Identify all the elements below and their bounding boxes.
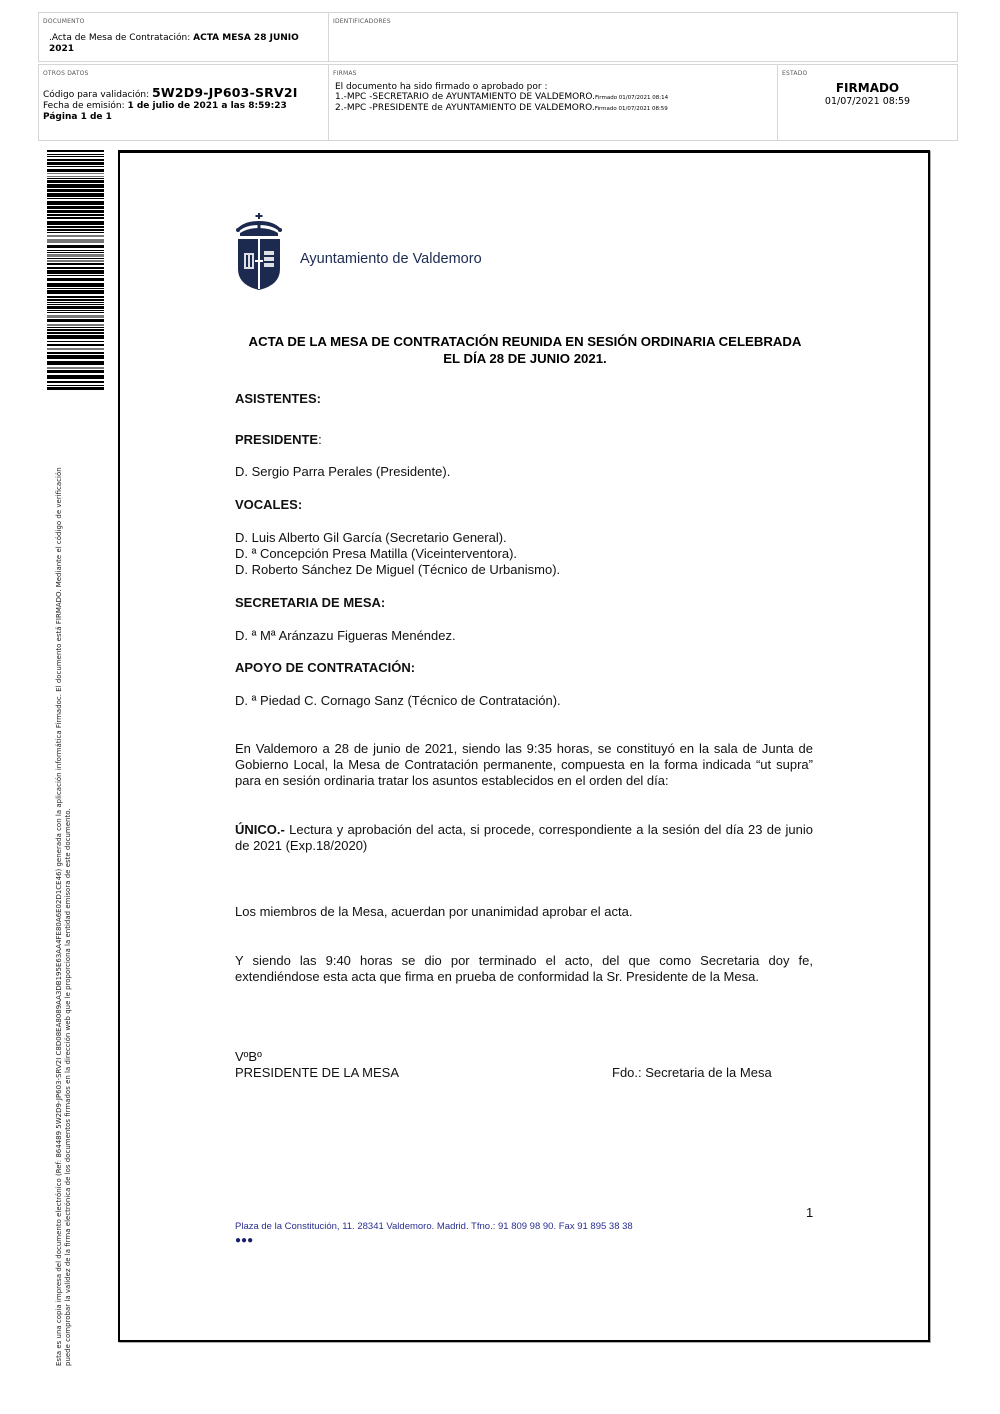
vocal-item: D. ª Concepción Presa Matilla (Viceinter…: [235, 546, 517, 562]
letterhead-name: Ayuntamiento de Valdemoro: [300, 251, 482, 267]
page-count: Página 1 de 1: [43, 112, 112, 122]
presidente-heading: PRESIDENTE:: [235, 432, 322, 448]
verification-notice: Esta es una copia impresa del documento …: [55, 386, 73, 1366]
president-signature-label: PRESIDENTE DE LA MESA: [235, 1065, 399, 1081]
signer-row: 1.-MPC -SECRETARIO de AYUNTAMIENTO DE VA…: [335, 92, 668, 103]
signer-row: 2.-MPC -PRESIDENTE de AYUNTAMIENTO DE VA…: [335, 103, 668, 114]
barcode-icon: [47, 150, 104, 390]
issue-date-row: Fecha de emisión: 1 de julio de 2021 a l…: [43, 101, 298, 112]
presidente-name: D. Sergio Parra Perales (Presidente).: [235, 464, 450, 480]
validation-code-label: Código para validación:: [43, 90, 152, 100]
vobo-label: VºBº: [235, 1049, 262, 1065]
unico-label: ÚNICO.-: [235, 822, 285, 837]
presidente-heading-colon: :: [318, 432, 322, 447]
signer-text: 1.-MPC -SECRETARIO de AYUNTAMIENTO DE VA…: [335, 92, 595, 102]
presidente-heading-text: PRESIDENTE: [235, 432, 318, 447]
secretaria-name: D. ª Mª Aránzazu Figueras Menéndez.: [235, 628, 456, 644]
unico-paragraph: ÚNICO.- Lectura y aprobación del acta, s…: [235, 822, 813, 854]
secretaria-heading: SECRETARIA DE MESA:: [235, 595, 385, 611]
signer-stamp: Firmado 01/07/2021 08:14: [595, 95, 668, 101]
verification-notice-line1: Esta es una copia impresa del documento …: [55, 386, 64, 1366]
page-title-line1: ACTA DE LA MESA DE CONTRATACIÓN REUNIDA …: [220, 333, 830, 350]
vocal-item: D. Roberto Sánchez De Miguel (Técnico de…: [235, 562, 560, 578]
issue-date-label: Fecha de emisión:: [43, 101, 127, 111]
footer-address: Plaza de la Constitución, 11. 28341 Vald…: [235, 1221, 633, 1232]
opening-paragraph: En Valdemoro a 28 de junio de 2021, sien…: [235, 741, 813, 789]
vocal-item: D. Luis Alberto Gil García (Secretario G…: [235, 530, 507, 546]
signer-stamp: Firmado 01/07/2021 08:59: [595, 106, 668, 112]
closing-paragraph: Y siendo las 9:40 horas se dio por termi…: [235, 953, 813, 985]
document-title: .Acta de Mesa de Contratación: ACTA MESA…: [49, 33, 309, 55]
apoyo-heading: APOYO DE CONTRATACIÓN:: [235, 660, 415, 676]
page-number: 1: [806, 1205, 813, 1220]
status-badge: FIRMADO: [778, 81, 957, 95]
documento-box: DOCUMENTO .Acta de Mesa de Contratación:…: [38, 12, 329, 62]
apoyo-name: D. ª Piedad C. Cornago Sanz (Técnico de …: [235, 693, 561, 709]
secretary-signature-label: Fdo.: Secretaria de la Mesa: [612, 1065, 772, 1081]
identificadores-label: IDENTIFICADORES: [333, 18, 391, 25]
status-date: 01/07/2021 08:59: [778, 96, 957, 107]
verification-notice-line2: puede comprobar la validez de la firma e…: [64, 386, 73, 1366]
firmas-box: FIRMAS El documento ha sido firmado o ap…: [328, 64, 778, 141]
identificadores-box: IDENTIFICADORES: [328, 12, 958, 62]
page-title-line2: EL DÍA 28 DE JUNIO 2021.: [220, 350, 830, 367]
footer-dots-icon: ●●●: [235, 1235, 253, 1246]
document-title-prefix: .Acta de Mesa de Contratación:: [49, 33, 193, 43]
validation-code-row: Código para validación: 5W2D9-JP603-SRV2…: [43, 87, 298, 101]
document-page: Ayuntamiento de Valdemoro ACTA DE LA MES…: [118, 150, 930, 1342]
coat-of-arms-icon: [234, 213, 284, 291]
firmas-label: FIRMAS: [333, 70, 357, 77]
issue-date-value: 1 de julio de 2021 a las 8:59:23: [127, 101, 286, 111]
otros-datos-label: OTROS DATOS: [43, 70, 89, 77]
estado-box: ESTADO FIRMADO 01/07/2021 08:59: [777, 64, 958, 141]
page-title: ACTA DE LA MESA DE CONTRATACIÓN REUNIDA …: [220, 333, 830, 367]
agreement-paragraph: Los miembros de la Mesa, acuerdan por un…: [235, 904, 632, 920]
firmas-intro: El documento ha sido firmado o aprobado …: [335, 82, 668, 92]
validation-code[interactable]: 5W2D9-JP603-SRV2I: [152, 85, 298, 100]
signer-text: 2.-MPC -PRESIDENTE de AYUNTAMIENTO DE VA…: [335, 103, 595, 113]
estado-label: ESTADO: [782, 70, 807, 77]
documento-label: DOCUMENTO: [43, 18, 85, 25]
otros-datos-box: OTROS DATOS Código para validación: 5W2D…: [38, 64, 329, 141]
asistentes-heading: ASISTENTES:: [235, 391, 321, 407]
unico-text: Lectura y aprobación del acta, si proced…: [235, 822, 813, 853]
vocales-heading: VOCALES:: [235, 497, 302, 513]
